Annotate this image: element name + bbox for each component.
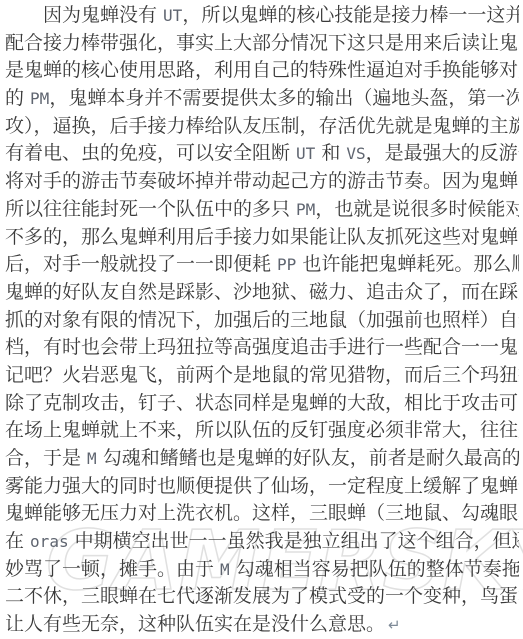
- text-line: 让人有些无奈，这种队伍实在是没什么意思。↵: [5, 611, 519, 639]
- text-line: 攻），逼换，后手接力棒给队友压制，存活优先就是鬼蝉的主旋律。另外，鬼蝉: [5, 113, 519, 141]
- text-line: 合，于是 M 勾魂和鳍鳍也是鬼蝉的好队友，前者是耐久最高的魔反手，后者除: [5, 445, 519, 473]
- latin-text: PM: [296, 200, 315, 219]
- text-line: 鬼蝉的好队友自然是踩影、沙地狱、磁力、追击众了，而在踩影被 BAN、磁力能: [5, 279, 519, 307]
- document-page: GAMERSKY 因为鬼蝉没有 UT，所以鬼蝉的核心技能是接力棒一一这并不意味着…: [0, 0, 523, 639]
- latin-text: oras: [30, 532, 69, 551]
- paragraph-return-mark: ↵: [388, 616, 401, 634]
- text-line: 的 PM，鬼蝉本身并不需要提供太多的输出（遍地头盔，第一次出手很少直接进: [5, 85, 519, 113]
- text-line: 因为鬼蝉没有 UT，所以鬼蝉的核心技能是接力棒一一这并不意味着鬼蝉要: [5, 2, 519, 30]
- text-line: 妙骂了一顿，摊手。由于 M 勾魂相当容易把队伍的整体节奏拖慢，所以一不做: [5, 556, 519, 584]
- paragraph: 因为鬼蝉没有 UT，所以鬼蝉的核心技能是接力棒一一这并不意味着鬼蝉要配合接力棒带…: [0, 0, 523, 639]
- latin-text: PP: [277, 255, 296, 274]
- latin-text: M: [220, 560, 230, 579]
- latin-text: UT: [296, 144, 315, 163]
- text-line: 鬼蝉能够无压力对上洗衣机。这样，三眼蝉（三地鼠、勾魂眼、鬼蝉）的组合就: [5, 500, 519, 528]
- text-line: 不多的，那么鬼蝉利用后手接力如果能让队友抓死这些对鬼蝉能造成威胁的 PM: [5, 224, 519, 252]
- text-line: 将对手的游击节奏破坏掉并带动起己方的游击节奏。因为鬼蝉有着 13 个免疫，: [5, 168, 519, 196]
- latin-text: VS: [346, 144, 365, 163]
- text-line: 档，有时也会带上玛狃拉等高强度追击手进行一些配合一一鬼蝉的五个弱点没忘: [5, 334, 519, 362]
- text-line: 后，对手一般就投了一一即便耗 PP 也许能把鬼蝉耗死。那么顺着这个思路走，: [5, 251, 519, 279]
- latin-text: PM: [30, 89, 49, 108]
- text-line: 雾能力强大的同时也顺便提供了仙场，一定程度上缓解了鬼蝉怕状态的弱点，让: [5, 473, 519, 501]
- latin-text: M: [87, 449, 97, 468]
- text-line: 配合接力棒带强化，事实上大部分情况下这只是用来后读让鬼蝉下场而已，这也: [5, 30, 519, 58]
- text-line: 有着电、虫的免疫，可以安全阻断 UT 和 VS，是最强大的反游击手，可以轻易的: [5, 140, 519, 168]
- text-line: 抓的对象有限的情况下，加强后的三地鼠（加强前也照样）自然是鬼蝉的常见搭: [5, 307, 519, 335]
- text-line: 在 oras 中期横空出世一一虽然我是独立组出了这个组合，但还是被老外莫名其: [5, 528, 519, 556]
- text-line: 二不休，三眼蝉在七代逐渐发展为了模式受的一个变种，鸟蛋坏三眼蝉之类的，: [5, 583, 519, 611]
- latin-text: UT: [163, 6, 182, 25]
- text-line: 除了克制攻击，钉子、状态同样是鬼蝉的大敌，相比于攻击可以躲，钉子只要留: [5, 390, 519, 418]
- text-line: 记吧？火岩恶鬼飞，前两个是地鼠的常见猎物，而后三个玛狃拉一般对攻占优。: [5, 362, 519, 390]
- text-line: 在场上鬼蝉就上不来，所以队伍的反钉强度必须非常大，往往是魔反加除雾的组: [5, 417, 519, 445]
- text-line: 所以往往能封死一个队伍中的多只 PM，也就是说很多时候能对付鬼蝉的 PM 是: [5, 196, 519, 224]
- text-line: 是鬼蝉的核心使用思路，利用自己的特殊性逼迫对手换能够对鬼蝉造成有效伤害: [5, 57, 519, 85]
